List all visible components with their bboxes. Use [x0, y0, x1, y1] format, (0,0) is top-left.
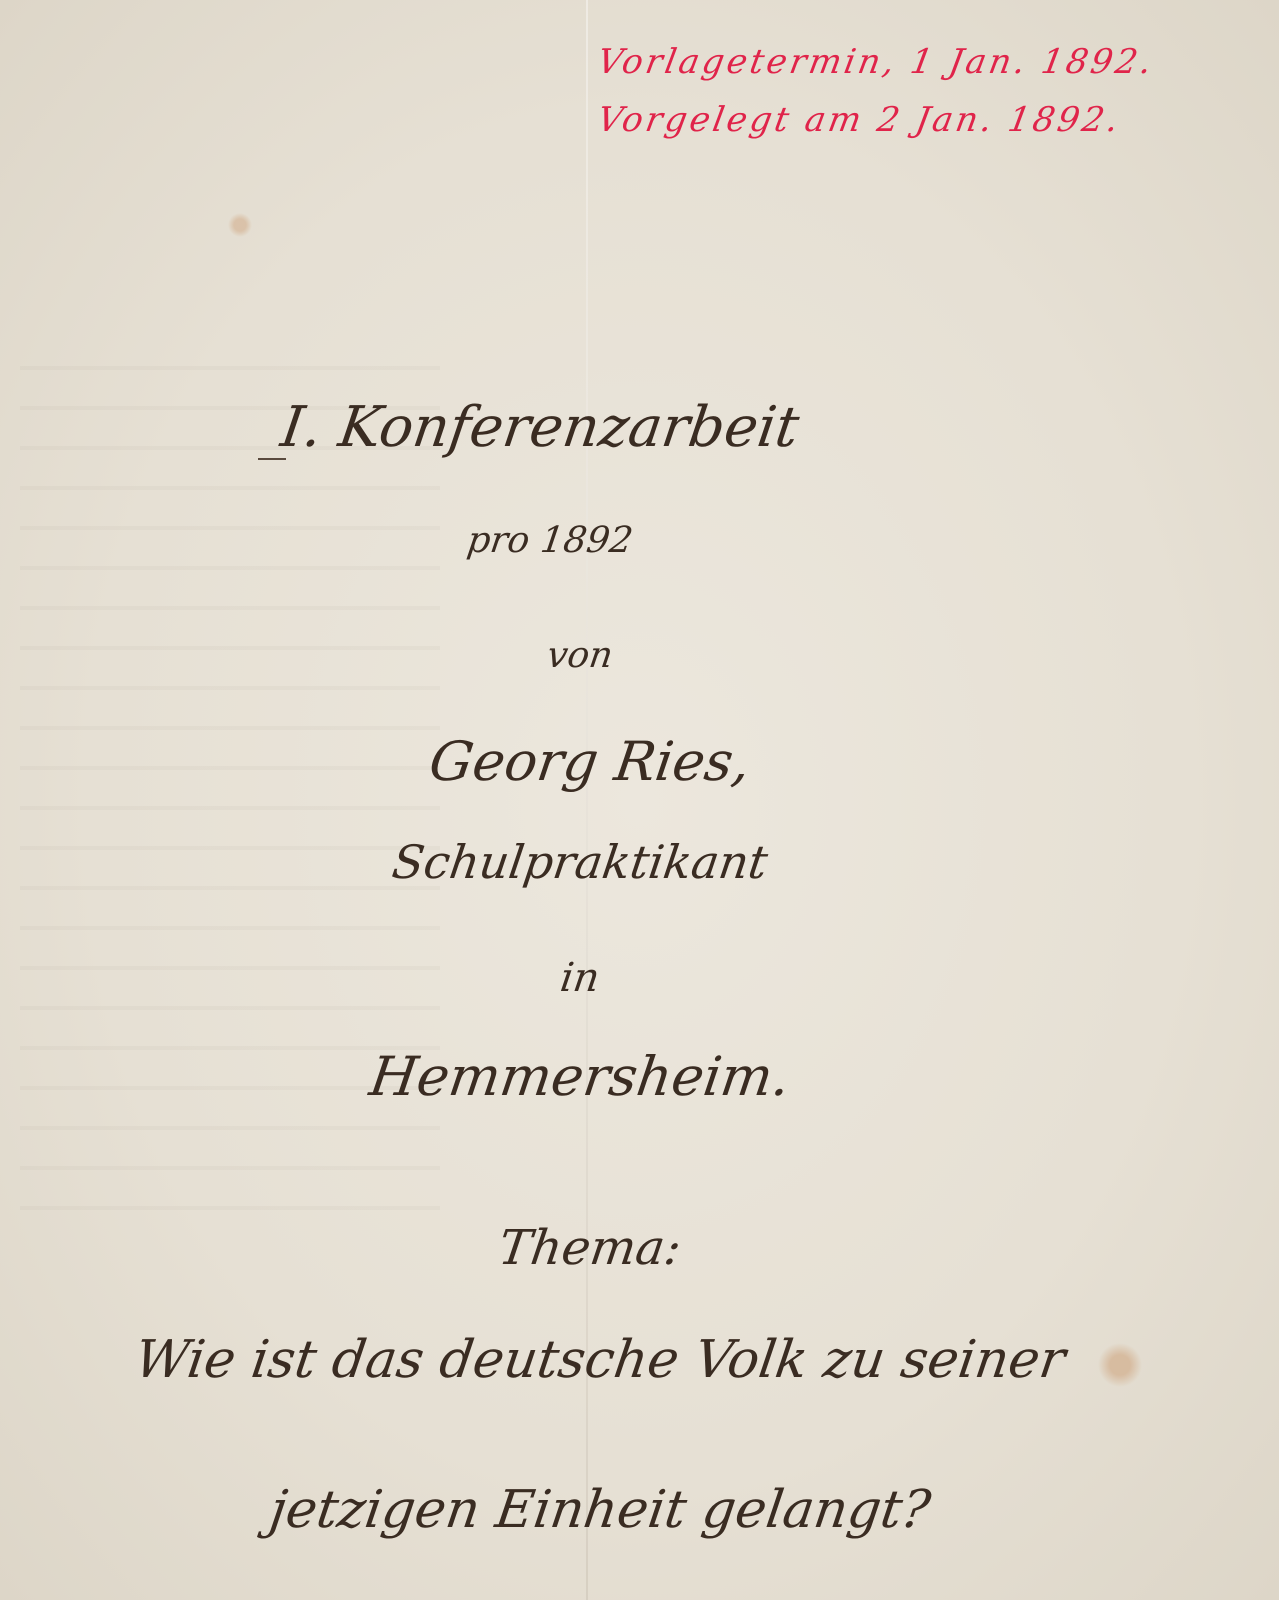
author-role: Schulpraktikant [336, 835, 824, 889]
red-annotation-deadline: Vorlagetermin, 1 Jan. 1892. [594, 42, 1157, 82]
red-annotation-submitted: Vorgelegt am 2 Jan. 1892. [594, 100, 1124, 140]
location-name: Hemmersheim. [326, 1045, 835, 1108]
theme-question-line-1: Wie ist das deutsche Volk zu seiner [86, 1330, 1114, 1390]
manuscript-page: Vorlagetermin, 1 Jan. 1892. Vorgelegt am… [0, 0, 1279, 1600]
by-label: von [517, 635, 643, 676]
document-year: pro 1892 [417, 520, 683, 561]
document-title: I. Konferenzarbeit [235, 395, 844, 460]
theme-question-line-2: jetzigen Einheit gelangt? [226, 1480, 974, 1540]
author-name: Georg Ries, [356, 730, 825, 793]
location-preposition: in [517, 955, 643, 1001]
theme-label: Thema: [456, 1220, 724, 1276]
numeral-underline [258, 458, 286, 460]
